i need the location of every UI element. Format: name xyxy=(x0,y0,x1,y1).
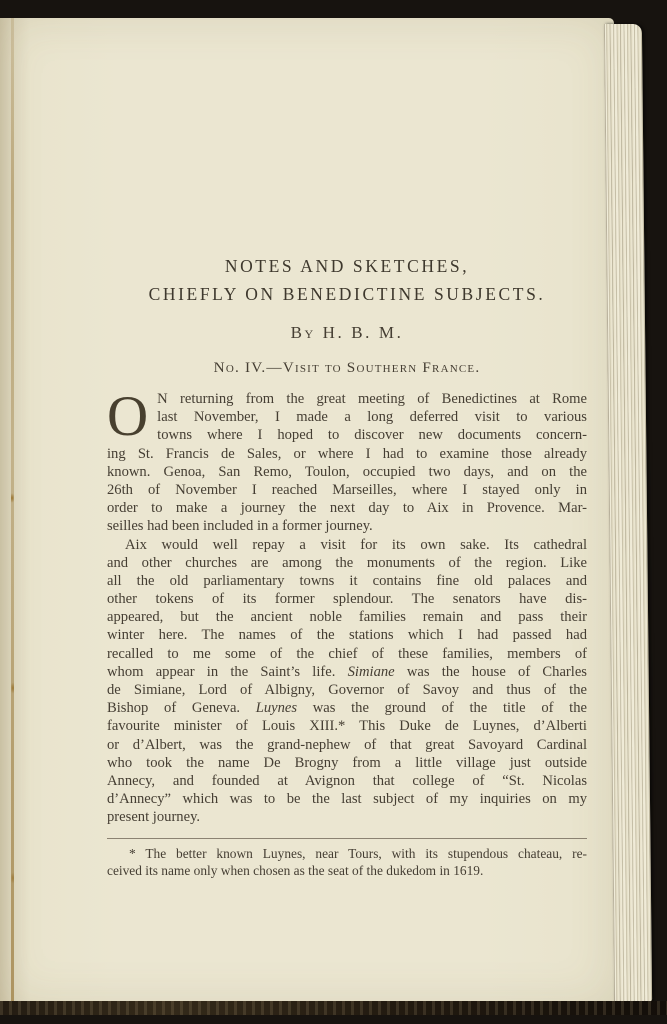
body-line: d’Annecy” which was to be the last subje… xyxy=(107,790,587,808)
footnote-line: ceived its name only when chosen as the … xyxy=(107,862,587,880)
section-heading: No. IV.—Visit to Southern France. xyxy=(107,358,587,377)
body-line: Aix would well repay a visit for its own… xyxy=(107,536,587,554)
drop-cap: O xyxy=(107,390,157,444)
body-line: all the old parliamentary towns it conta… xyxy=(107,572,587,590)
body-line: who took the name De Brogny from a littl… xyxy=(107,754,587,772)
book-board-edge xyxy=(0,1001,667,1015)
byline: By H. B. M. xyxy=(107,323,587,343)
body-line: de Simiane, Lord of Albigny, Governor of… xyxy=(107,681,587,699)
body-line: known. Genoa, San Remo, Toulon, occupied… xyxy=(107,463,587,481)
paragraph-1: O N returning from the great meeting of … xyxy=(107,390,587,536)
body-text: O N returning from the great meeting of … xyxy=(107,390,587,827)
body-line: other tokens of its former splendour. Th… xyxy=(107,590,587,608)
paragraph-2: Aix would well repay a visit for its own… xyxy=(107,536,587,827)
book-scan-background: NOTES AND SKETCHES, CHIEFLY ON BENEDICTI… xyxy=(0,0,667,1024)
text-column: NOTES AND SKETCHES, CHIEFLY ON BENEDICTI… xyxy=(107,256,587,880)
gutter-shade xyxy=(0,18,30,1004)
body-line: order to make a journey the next day to … xyxy=(107,499,587,517)
body-line: ing St. Francis de Sales, or where I had… xyxy=(107,445,587,463)
body-line: last November, I made a long deferred vi… xyxy=(157,408,587,426)
body-line: favourite minister of Louis XIII.* This … xyxy=(107,717,587,735)
body-line: towns where I hoped to discover new docu… xyxy=(157,426,587,444)
body-line: present journey. xyxy=(107,808,587,826)
body-line: N returning from the great meeting of Be… xyxy=(157,390,587,408)
body-line: winter here. The names of the stations w… xyxy=(107,626,587,644)
body-line: seilles had been included in a former jo… xyxy=(107,517,587,535)
footnote: * The better known Luynes, near Tours, w… xyxy=(107,845,587,880)
body-line: recalled to me some of the chief of thes… xyxy=(107,645,587,663)
body-line: and other churches are among the monumen… xyxy=(107,554,587,572)
body-line: appeared, but the ancient noble families… xyxy=(107,608,587,626)
body-line: 26th of November I reached Marseilles, w… xyxy=(107,481,587,499)
body-line: or d’Albert, was the grand-nephew of tha… xyxy=(107,736,587,754)
body-line: Bishop of Geneva. Luynes was the ground … xyxy=(107,699,587,717)
body-line: Annecy, and founded at Avignon that coll… xyxy=(107,772,587,790)
body-line: whom appear in the Saint’s life. Simiane… xyxy=(107,663,587,681)
page-title-line1: NOTES AND SKETCHES, xyxy=(107,256,587,277)
footnote-line: * The better known Luynes, near Tours, w… xyxy=(107,845,587,863)
page-title-line2: CHIEFLY ON BENEDICTINE SUBJECTS. xyxy=(107,284,587,305)
footnote-rule xyxy=(107,838,587,839)
page-crease xyxy=(11,18,14,1004)
